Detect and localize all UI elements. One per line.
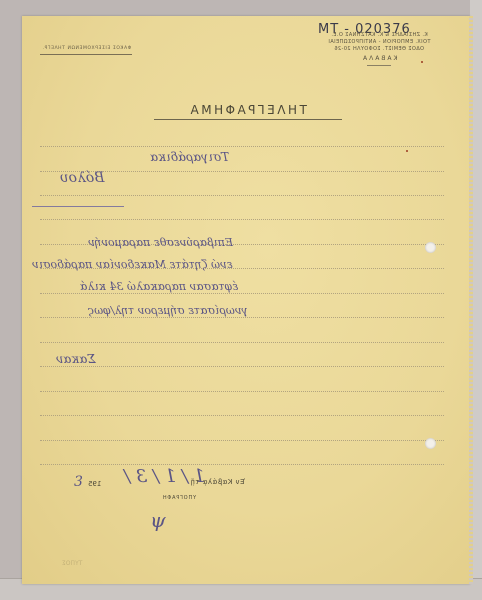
printed-year: 195 [88, 480, 101, 488]
ruled-line [40, 440, 444, 441]
printed-date-prefix: Ἐν Καβάλᾳ τῇ [190, 478, 245, 486]
punch-hole [425, 242, 436, 253]
ruled-line [40, 146, 444, 147]
ruled-line [40, 293, 444, 294]
ruled-line [40, 317, 444, 318]
signature-label: ΥΠΟΓΡΑΦΗ [162, 495, 196, 501]
folder-label: ΦΑΚΟΣ ΕΙΣΕΡΧΟΜΕΝΩΝ ΤΗΛΕΓΡ. [42, 46, 131, 51]
ruled-line [40, 464, 444, 465]
handwritten-body-line-2: ενώ ζητάτε Μακεδονίαν παράδοσιν [32, 258, 233, 271]
handwritten-address-line-2: Βόλου [60, 170, 105, 186]
handwritten-year-digit: 3 [74, 474, 83, 490]
perforated-edge [469, 16, 473, 584]
ruled-line [40, 219, 444, 220]
ruled-line [40, 415, 444, 416]
telegram-paper [22, 16, 470, 584]
handwritten-body-line-3: έφτασαν παρακαλώ 34 κιλά [80, 280, 238, 293]
handwritten-body-line-4: γνωρίσατε σήμερον τηλ/φως [88, 304, 248, 317]
rust-mark [421, 61, 423, 63]
folder-label-rule [40, 54, 132, 55]
handwritten-address-line-1: Τσιγαράδικα [150, 150, 229, 164]
punch-hole [425, 438, 436, 449]
address-underline [32, 206, 124, 207]
sender-rule [367, 65, 391, 66]
form-title: ΤΗΛΕΓΡΑΦΗΜΑ [152, 103, 342, 117]
form-title-rule [154, 119, 342, 120]
handwritten-signature: ψ [150, 508, 166, 532]
faint-stamp: ΤΥΠΟΣ [62, 560, 82, 567]
handwritten-body-line-1: Επιβαρύνεσθε παραμονήν [88, 236, 233, 249]
handwritten-closing: Σακαν [56, 352, 96, 366]
sender-line-1: Κ. ΖΗΣΙΑΔΗΣ & Κ. ΚΑΤΖΗΝΑΣ Ο.Ε. [331, 32, 428, 39]
sender-city: ΚΑΒΑΛΑ [361, 55, 397, 62]
ruled-line [40, 391, 444, 392]
sender-line-2: ΤΟΙΧ. ΕΜΠΟΡΙΟΝ - ΑΝΤΙΠΡΟΣΩΠΕΙΑΙ [328, 39, 430, 46]
ruled-line [40, 342, 444, 343]
sender-line-3: ΟΔΟΣ ΘΕΜΙΣΤ. ΣΟΦΟΥΛΗ 20-26 [334, 46, 424, 53]
form-title-text: ΤΗΛΕΓΡΑΦΗΜΑ [188, 103, 307, 117]
ruled-line [40, 195, 444, 196]
ruled-line [40, 366, 444, 367]
sender-letterhead: Κ. ΖΗΣΙΑΔΗΣ & Κ. ΚΑΤΖΗΝΑΣ Ο.Ε. ΤΟΙΧ. ΕΜΠ… [304, 32, 454, 66]
rust-mark [406, 150, 408, 152]
